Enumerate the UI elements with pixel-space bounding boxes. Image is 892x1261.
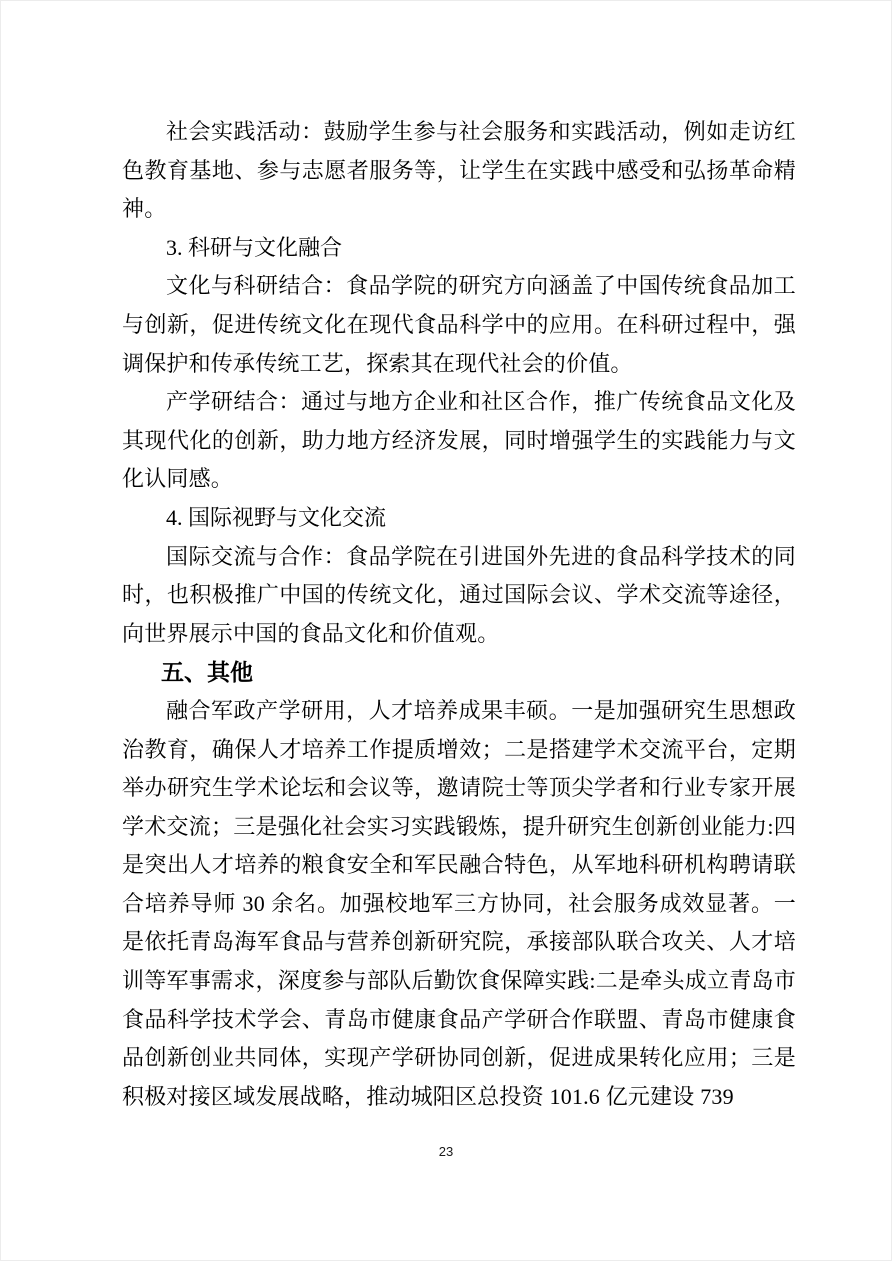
section-heading-others: 五、其他 <box>122 653 796 692</box>
paragraph-talent-cultivation: 融合军政产学研用，人才培养成果丰硕。一是加强研究生思想政治教育，确保人才培养工作… <box>122 692 796 1117</box>
heading-4-international-exchange: 4. 国际视野与文化交流 <box>122 499 796 538</box>
paragraph-international-cooperation: 国际交流与合作：食品学院在引进国外先进的食品科学技术的同时，也积极推广中国的传统… <box>122 538 796 654</box>
heading-3-research-culture: 3. 科研与文化融合 <box>122 229 796 268</box>
page-number: 23 <box>1 1144 891 1159</box>
paragraph-industry-academia: 产学研结合：通过与地方企业和社区合作，推广传统食品文化及其现代化的创新，助力地方… <box>122 383 796 499</box>
page-content: 社会实践活动：鼓励学生参与社会服务和实践活动，例如走访红色教育基地、参与志愿者服… <box>122 113 796 1116</box>
paragraph-culture-research: 文化与科研结合：食品学院的研究方向涵盖了中国传统食品加工与创新，促进传统文化在现… <box>122 267 796 383</box>
paragraph-social-practice: 社会实践活动：鼓励学生参与社会服务和实践活动，例如走访红色教育基地、参与志愿者服… <box>122 113 796 229</box>
document-page: 社会实践活动：鼓励学生参与社会服务和实践活动，例如走访红色教育基地、参与志愿者服… <box>0 0 892 1261</box>
